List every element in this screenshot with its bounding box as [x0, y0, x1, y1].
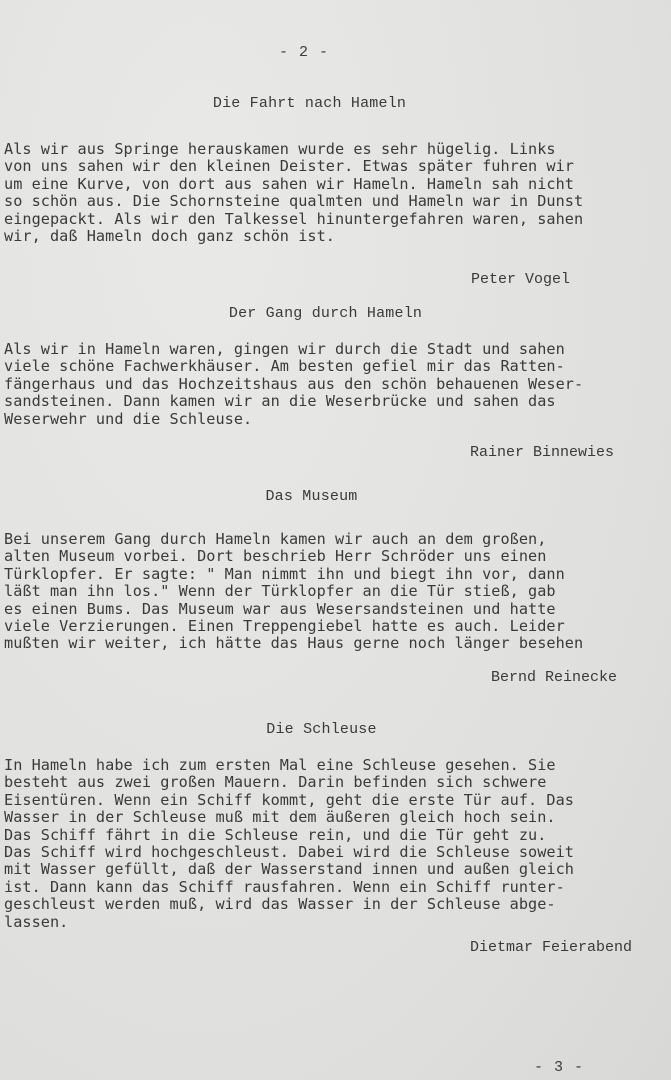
section-author: Rainer Binnewies [470, 444, 614, 461]
section-body: Bei unserem Gang durch Hameln kamen wir … [4, 531, 583, 653]
section-title: Das Museum [0, 488, 647, 505]
typewritten-page: - 2 - Die Fahrt nach Hameln Als wir aus … [0, 0, 671, 1080]
section-body: In Hameln habe ich zum ersten Mal eine S… [4, 757, 574, 931]
section-title: Die Fahrt nach Hameln [0, 95, 645, 112]
section-author: Peter Vogel [471, 271, 570, 288]
section-author: Dietmar Feierabend [470, 939, 632, 956]
section-title: Die Schleuse [0, 721, 657, 738]
page-number-bottom: - 3 - [534, 1059, 584, 1076]
section-author: Bernd Reinecke [491, 669, 617, 686]
section-body: Als wir aus Springe herauskamen wurde es… [4, 141, 583, 245]
section-title: Der Gang durch Hameln [0, 305, 661, 322]
page-number-top: - 2 - [279, 44, 329, 61]
section-body: Als wir in Hameln waren, gingen wir durc… [4, 341, 583, 428]
